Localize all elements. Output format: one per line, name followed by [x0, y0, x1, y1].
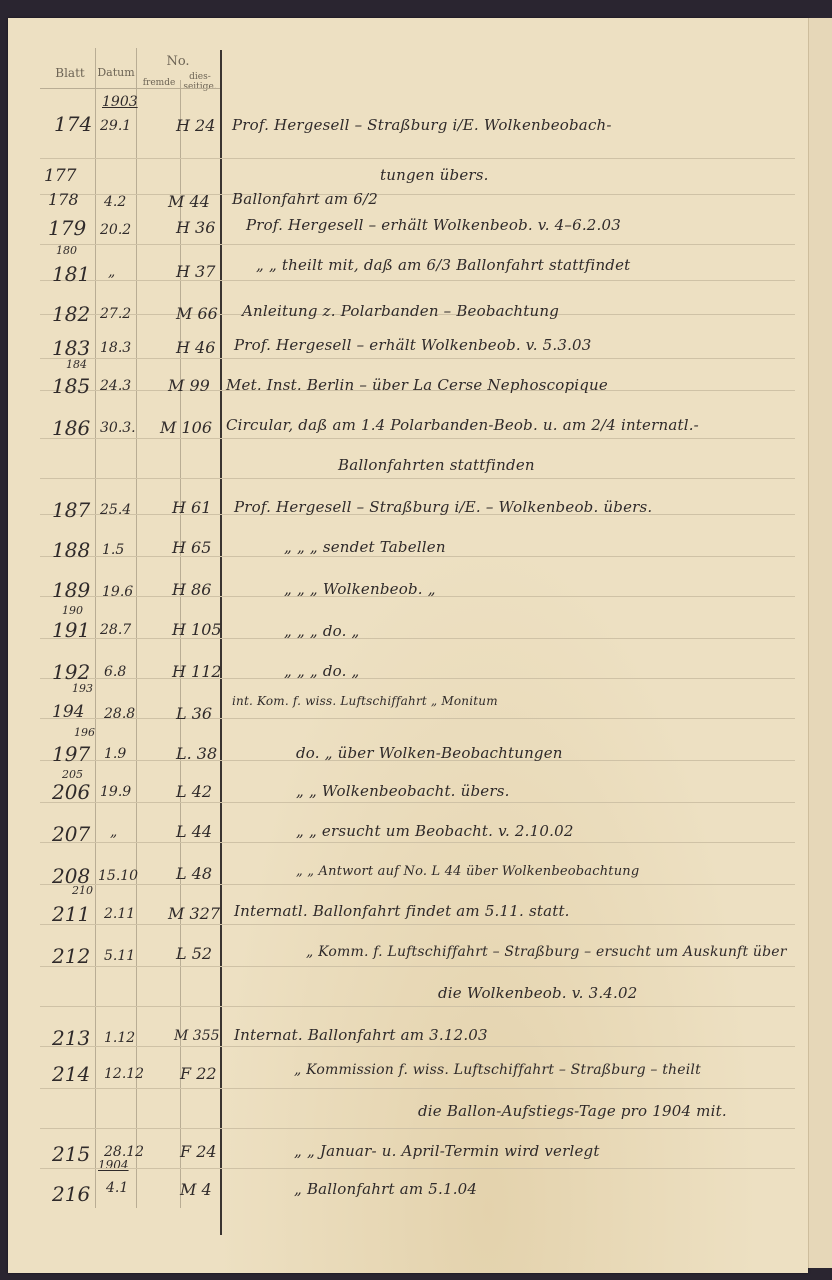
entry-blatt: 182 — [52, 302, 90, 326]
entry-blatt: 185 — [52, 374, 90, 398]
entry-blatt: 196 — [74, 726, 95, 739]
entry-text-cont: die Ballon-Aufstiegs-Tage pro 1904 mit. — [418, 1102, 727, 1120]
entry-text: Anleitung z. Polarbanden – Beobachtung — [242, 302, 559, 320]
entry-datum: 4.1 — [106, 1180, 128, 1196]
entry-datum: 2.11 — [104, 906, 135, 922]
entry-no-fremde: H 46 — [176, 338, 215, 357]
year-1903: 1903 — [102, 94, 138, 110]
row-rule — [40, 884, 795, 885]
entry-datum: 28.7 — [100, 622, 131, 638]
entry-text: Prof. Hergesell – erhält Wolkenbeob. v. … — [246, 216, 621, 234]
entry-text: Circular, daß am 1.4 Polarbanden-Beob. u… — [226, 416, 699, 434]
entry-no-fremde: L. 38 — [176, 744, 217, 763]
entry-no-fremde: M 106 — [160, 418, 212, 437]
entry-blatt: 177 — [44, 166, 76, 186]
entry-no-fremde: L 36 — [176, 704, 212, 723]
entry-text: Met. Inst. Berlin – über La Cerse Nephos… — [226, 376, 608, 394]
entry-blatt: 214 — [52, 1062, 90, 1086]
header-fremde: fremde — [138, 78, 180, 88]
entry-text: „ „ Januar- u. April-Termin wird verlegt — [294, 1142, 600, 1160]
header-diesseitige: dies- seitige. — [180, 72, 220, 92]
entry-datum: 28.8 — [104, 706, 135, 722]
entry-blatt: 183 — [52, 336, 90, 360]
entry-datum: 1.12 — [104, 1030, 135, 1046]
entry-blatt: 180 — [56, 244, 77, 257]
header-datum: Datum — [96, 66, 136, 79]
entry-datum: „ — [108, 264, 115, 280]
entry-blatt: 190 — [62, 604, 83, 617]
entry-blatt: 207 — [52, 822, 90, 846]
entry-blatt: 188 — [52, 538, 90, 562]
entry-text: Internat. Ballonfahrt am 3.12.03 — [234, 1026, 488, 1044]
entry-no-fremde: M 327 — [168, 904, 220, 923]
entry-blatt: 187 — [52, 498, 90, 522]
row-rule — [40, 1128, 795, 1129]
entry-datum: 12.12 — [104, 1066, 144, 1082]
entry-blatt: 216 — [52, 1182, 90, 1206]
entry-blatt: 179 — [48, 216, 86, 240]
entry-no-fremde: H 105 — [172, 620, 222, 639]
entry-blatt: 193 — [72, 682, 93, 695]
entry-text: „ Kommission f. wiss. Luftschiffahrt – S… — [294, 1062, 701, 1078]
entry-datum: 1.9 — [104, 746, 126, 762]
entry-datum: 6.8 — [104, 664, 126, 680]
entry-no-fremde: H 61 — [172, 498, 211, 517]
entry-datum: 30.3. — [100, 420, 136, 436]
row-rule — [40, 842, 795, 843]
entry-datum: 25.4 — [100, 502, 131, 518]
entry-datum: 20.2 — [100, 222, 131, 238]
entry-datum: 28.12 — [104, 1144, 144, 1160]
entry-no-fremde: H 112 — [172, 662, 222, 681]
entry-text: Prof. Hergesell – erhält Wolkenbeob. v. … — [234, 336, 592, 354]
entry-blatt: 197 — [52, 742, 90, 766]
row-rule — [40, 802, 795, 803]
header-rule — [40, 88, 220, 89]
entry-text: „ „ theilt mit, daß am 6/3 Ballonfahrt s… — [256, 256, 630, 274]
entry-text: „ Ballonfahrt am 5.1.04 — [294, 1180, 477, 1198]
ledger-page: Blatt Datum No. fremde dies- seitige. 19… — [8, 18, 808, 1273]
entry-no-fremde: H 36 — [176, 218, 215, 237]
entry-blatt: 189 — [52, 578, 90, 602]
entry-datum: 19.6 — [102, 584, 133, 600]
entry-no-fremde: L 48 — [176, 864, 212, 883]
entry-datum: 27.2 — [100, 306, 131, 322]
entry-text-cont: die Wolkenbeob. v. 3.4.02 — [438, 984, 638, 1002]
row-rule — [40, 1006, 795, 1007]
entry-no-fremde: F 22 — [180, 1064, 217, 1083]
row-rule — [40, 638, 795, 639]
row-rule — [40, 1046, 795, 1047]
entry-blatt: 211 — [52, 902, 90, 926]
entry-text: „ Komm. f. Luftschiffahrt – Straßburg – … — [306, 944, 787, 960]
column-rule-blatt — [95, 48, 96, 1208]
entry-datum: 15.10 — [98, 868, 138, 884]
page-edge — [808, 18, 832, 1268]
entry-text: „ „ ersucht um Beobacht. v. 2.10.02 — [296, 822, 574, 840]
entry-blatt: 191 — [52, 618, 90, 642]
entry-text-cont: tungen übers. — [380, 166, 489, 184]
entry-no-fremde: M 99 — [168, 376, 210, 395]
entry-no-fremde: L 42 — [176, 782, 212, 801]
entry-text: Internatl. Ballonfahrt findet am 5.11. s… — [234, 902, 570, 920]
entry-blatt: 184 — [66, 358, 87, 371]
entry-datum: „ — [110, 824, 117, 840]
entry-no-fremde: H 24 — [176, 116, 215, 135]
entry-text: do. „ über Wolken-Beobachtungen — [296, 744, 563, 762]
row-rule — [40, 718, 795, 719]
entry-datum: 4.2 — [104, 194, 126, 210]
row-rule — [40, 158, 795, 159]
entry-no-fremde: M 44 — [168, 192, 210, 211]
entry-blatt: 186 — [52, 416, 90, 440]
entry-text: „ „ „ sendet Tabellen — [284, 538, 446, 556]
entry-no-fremde: H 65 — [172, 538, 211, 557]
row-rule — [40, 438, 795, 439]
row-rule — [40, 244, 795, 245]
entry-datum: 24.3 — [100, 378, 131, 394]
entry-text: „ „ Antwort auf No. L 44 über Wolkenbeob… — [296, 864, 639, 879]
row-rule — [40, 358, 795, 359]
entry-datum: 18.3 — [100, 340, 131, 356]
entry-no-fremde: L 52 — [176, 944, 212, 963]
entry-text: int. Kom. f. wiss. Luftschiffahrt „ Moni… — [232, 694, 498, 708]
entry-blatt: 213 — [52, 1026, 90, 1050]
entry-datum: 19.9 — [100, 784, 131, 800]
entry-no-fremde: M 355 — [174, 1028, 220, 1044]
entry-text: Prof. Hergesell – Straßburg i/E. Wolkenb… — [232, 116, 612, 134]
year-1904: 1904 — [98, 1158, 129, 1172]
entry-blatt: 206 — [52, 780, 90, 804]
entry-datum: 29.1 — [100, 118, 131, 134]
entry-no-fremde: M 66 — [176, 304, 218, 323]
entry-blatt: 174 — [54, 112, 92, 136]
entry-text: „ „ „ do. „ — [284, 662, 360, 680]
entry-no-fremde: M 4 — [180, 1180, 212, 1199]
entry-text: „ „ „ do. „ — [284, 622, 360, 640]
entry-datum: 1.5 — [102, 542, 124, 558]
row-rule — [40, 194, 795, 195]
entry-no-fremde: F 24 — [180, 1142, 217, 1161]
entry-text: „ „ „ Wolkenbeob. „ — [284, 580, 436, 598]
entry-text-cont: Ballonfahrten stattfinden — [338, 456, 535, 474]
row-rule — [40, 924, 795, 925]
header-blatt: Blatt — [46, 66, 94, 80]
row-rule — [40, 556, 795, 557]
entry-blatt: 181 — [52, 262, 90, 286]
entry-text: Ballonfahrt am 6/2 — [232, 190, 378, 208]
row-rule — [40, 478, 795, 479]
row-rule — [40, 678, 795, 679]
column-rule-datum — [136, 48, 137, 1208]
entry-text: Prof. Hergesell – Straßburg i/E. – Wolke… — [234, 498, 652, 516]
entry-no-fremde: H 86 — [172, 580, 211, 599]
entry-blatt: 192 — [52, 660, 90, 684]
entry-blatt: 194 — [52, 702, 84, 722]
entry-text: „ „ Wolkenbeobacht. übers. — [296, 782, 510, 800]
entry-datum: 5.11 — [104, 948, 135, 964]
row-rule — [40, 280, 795, 281]
entry-blatt: 178 — [48, 190, 79, 209]
entry-blatt: 210 — [72, 884, 93, 897]
entry-no-fremde: H 37 — [176, 262, 215, 281]
entry-no-fremde: L 44 — [176, 822, 212, 841]
row-rule — [40, 966, 795, 967]
entry-blatt: 215 — [52, 1142, 90, 1166]
row-rule — [40, 1088, 795, 1089]
column-rule-main — [220, 50, 222, 1235]
row-rule — [40, 1168, 795, 1169]
header-no: No. — [138, 54, 218, 69]
entry-blatt: 212 — [52, 944, 90, 968]
